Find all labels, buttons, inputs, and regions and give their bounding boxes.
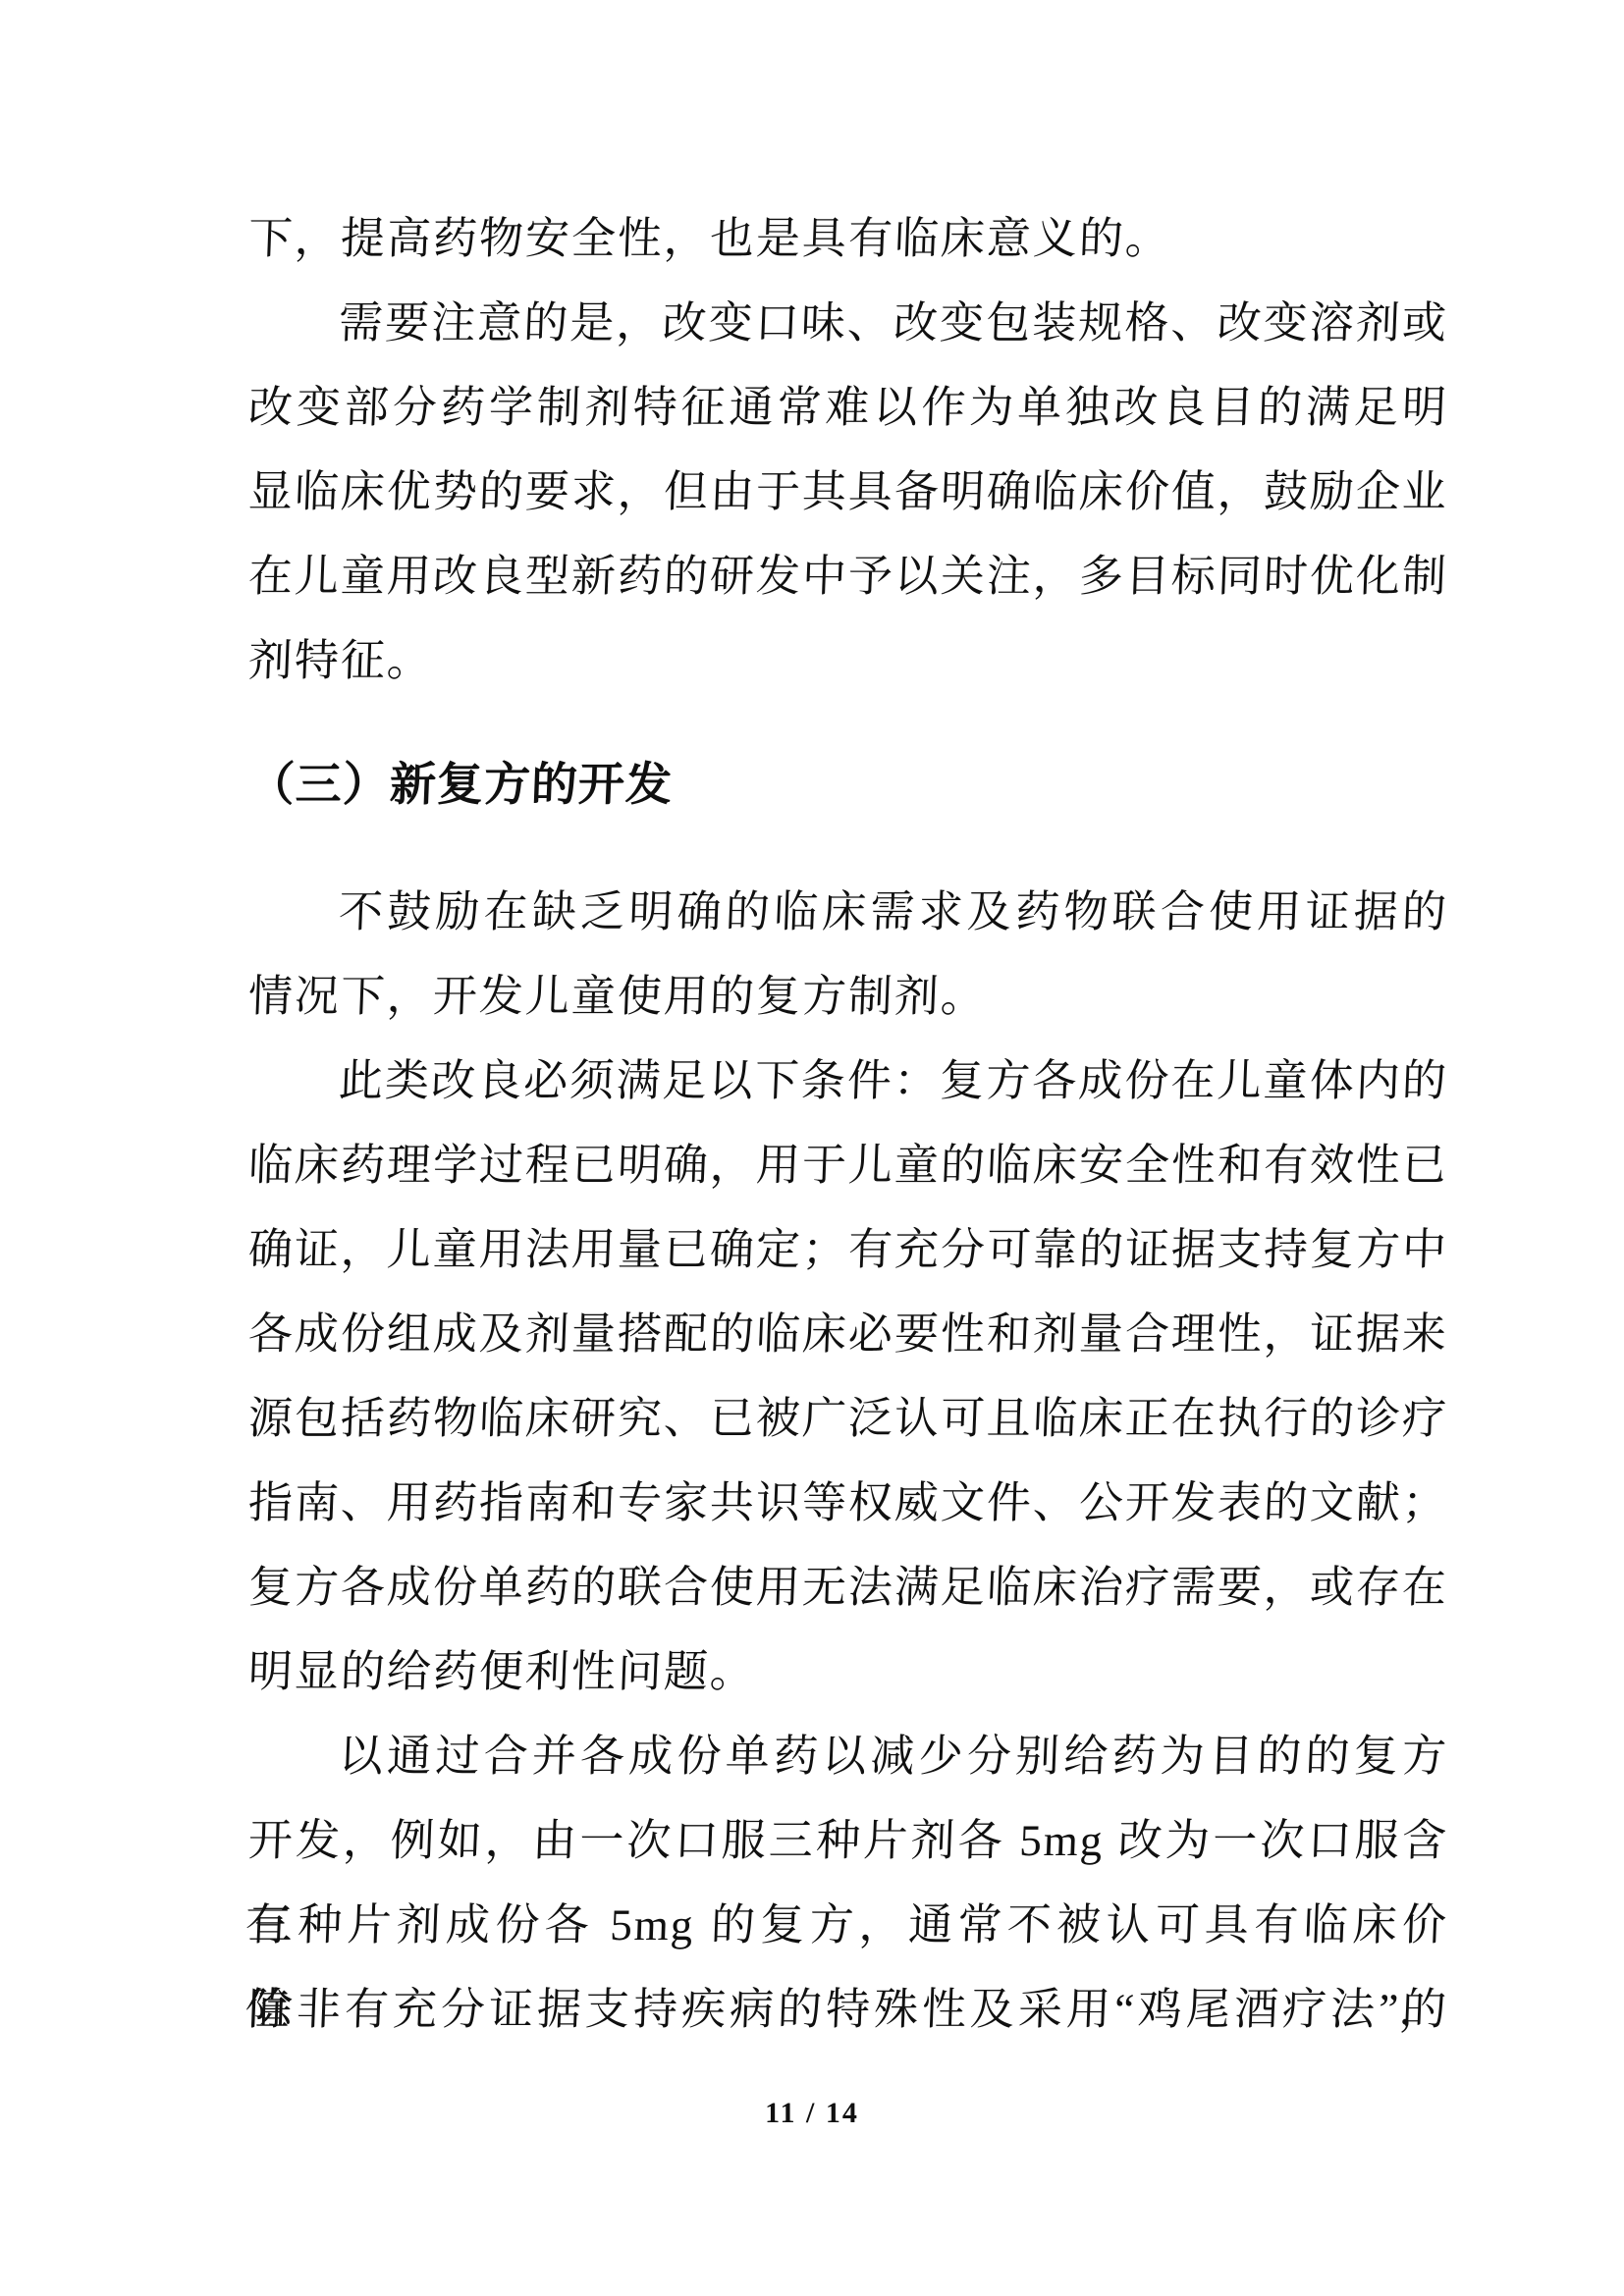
text-line: 不鼓励在缺乏明确的临床需求及药物联合使用证据的 — [246, 870, 1449, 954]
text-line: 指南、用药指南和专家共识等权威文件、公开发表的文献； — [246, 1461, 1449, 1545]
text-line: 开发，例如，由一次口服三种片剂各 5mg 改为一次口服含有 — [246, 1798, 1449, 1883]
text-line: 各成份组成及剂量搭配的临床必要性和剂量合理性，证据来 — [246, 1292, 1449, 1376]
text-line: 明显的给药便利性问题。 — [246, 1629, 1449, 1714]
text-line: 需要注意的是，改变口味、改变包装规格、改变溶剂或 — [246, 281, 1449, 365]
text-line: 剂特征。 — [246, 618, 1449, 703]
text-line: 除非有充分证据支持疾病的特殊性及采用“鸡尾酒疗法”的 — [246, 1967, 1449, 2052]
text-line: 以通过合并各成份单药以减少分别给药为目的的复方 — [246, 1714, 1449, 1798]
section-heading: （三）新复方的开发 — [246, 742, 1449, 827]
text-line: 显临床优势的要求，但由于其具备明确临床价值，鼓励企业 — [246, 450, 1449, 534]
text-line: 改变部分药学制剂特征通常难以作为单独改良目的满足明 — [246, 365, 1449, 450]
text-line: 情况下，开发儿童使用的复方制剂。 — [246, 954, 1449, 1039]
text-line: 此类改良必须满足以下条件：复方各成份在儿童体内的 — [246, 1039, 1449, 1123]
text-line: 确证，儿童用法用量已确定；有充分可靠的证据支持复方中 — [246, 1207, 1449, 1292]
text-line: 临床药理学过程已明确，用于儿童的临床安全性和有效性已 — [246, 1123, 1449, 1207]
text-line: 在儿童用改良型新药的研发中予以关注，多目标同时优化制 — [246, 534, 1449, 618]
text-line: 下，提高药物安全性，也是具有临床意义的。 — [246, 196, 1449, 281]
page-number: 11 / 14 — [0, 2097, 1624, 2130]
text-line: 源包括药物临床研究、已被广泛认可且临床正在执行的诊疗 — [246, 1376, 1449, 1461]
text-line: 复方各成份单药的联合使用无法满足临床治疗需要，或存在 — [246, 1545, 1449, 1629]
document-page: 下，提高药物安全性，也是具有临床意义的。 需要注意的是，改变口味、改变包装规格、… — [0, 0, 1624, 2296]
text-block: 下，提高药物安全性，也是具有临床意义的。 需要注意的是，改变口味、改变包装规格、… — [248, 196, 1448, 2052]
text-line: 三种片剂成份各 5mg 的复方，通常不被认可具有临床价值， — [246, 1883, 1449, 1967]
